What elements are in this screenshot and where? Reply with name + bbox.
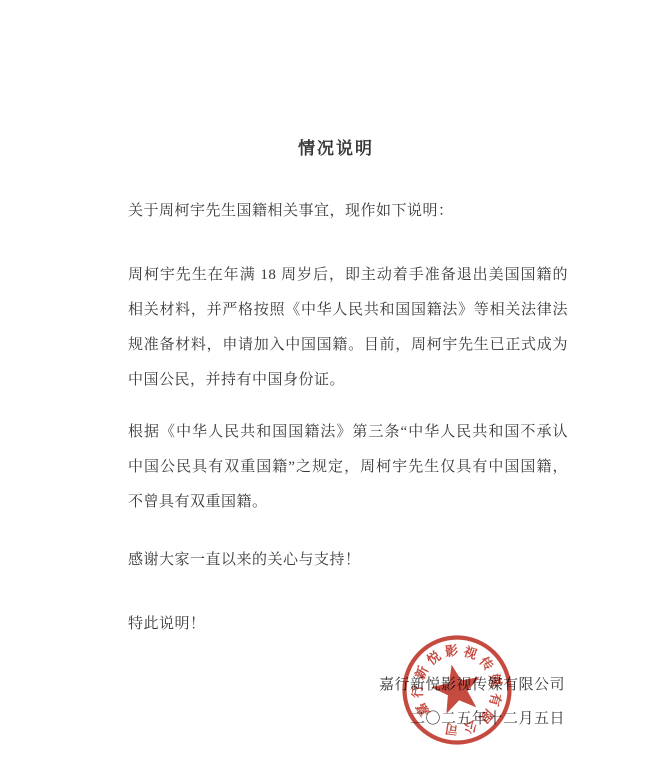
seal-arc-char: 悦 bbox=[424, 648, 443, 668]
thanks-line: 感谢大家一直以来的关心与支持！ bbox=[128, 543, 568, 578]
body-paragraph-law: 根据《中华人民共和国国籍法》第三条“中华人民共和国不承认中国公民具有双重国籍”之… bbox=[128, 415, 568, 520]
intro-paragraph: 关于周柯宇先生国籍相关事宜，现作如下说明： bbox=[128, 194, 568, 229]
body-paragraph-nationality: 周柯宇先生在年满 18 周岁后，即主动着手准备退出美国国籍的相关材料，并严格按照… bbox=[128, 258, 568, 398]
seal-arc-char: 影 bbox=[444, 643, 459, 660]
document-page: 情况说明 关于周柯宇先生国籍相关事宜，现作如下说明： 周柯宇先生在年满 18 周… bbox=[0, 0, 672, 768]
document-title: 情况说明 bbox=[0, 134, 672, 159]
seal-arc-char: 视 bbox=[461, 643, 479, 662]
signature-date: 二〇二五年十二月五日 bbox=[128, 702, 569, 737]
closing-line: 特此说明！ bbox=[128, 607, 568, 642]
company-name: 嘉行新悦影视传媒有限公司 bbox=[128, 668, 565, 703]
